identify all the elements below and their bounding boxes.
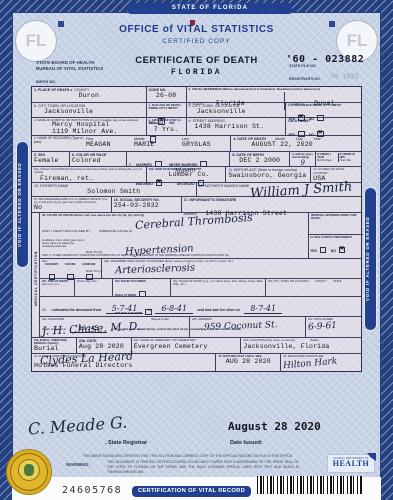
field-interval-onset-death: INTERVAL BETWEEN ONSET AND DEATH 19. WAS…	[309, 213, 361, 258]
field-death-inside-city-limits: c. IS PLACE OF DEATH INSIDE CITY LIMITS?…	[147, 103, 187, 117]
medical-certification-label: MEDICAL CERTIFICATION	[34, 221, 38, 336]
lb-part1: PART I. DEATH WAS CAUSED BY:	[42, 229, 91, 233]
row-accident: 20a. ACCIDENT SUICIDE HOMICIDE 20b. DESC…	[40, 259, 361, 279]
val-residence-city: Jacksonville	[197, 108, 284, 115]
field-usual-residence: 2. USUAL RESIDENCE (Where deceased lived…	[187, 87, 361, 102]
lb-deg: (Degree or title)	[151, 318, 169, 321]
lb-n20b: 20b. DESCRIBE HOW INJURY OCCURRED (Enter…	[104, 260, 359, 264]
val-armed-forces: No	[34, 204, 109, 211]
lb-county2: COUNTY	[315, 280, 326, 283]
certification-banner: CERTIFICATION OF VITAL RECORD	[131, 485, 252, 498]
void-strip-right: VOID IF ALTERED OR ERASED	[365, 188, 376, 330]
row-attended: 21. I attended the deceased from 5-7-41 …	[40, 297, 361, 317]
field-father-name: 13. FATHER'S NAME Solomon Smith	[32, 183, 197, 196]
state-banner: STATE OF FLORIDA	[128, 3, 292, 14]
date-issued-label: Date Issued:	[230, 440, 263, 446]
row-sex-race-marital: 5. SEX Female 6. COLOR OR RACE Colored 7…	[32, 152, 361, 167]
lb-n3: 3. NAME OF DECEASED (Type or print)	[34, 137, 86, 150]
val-business-hand: Mason	[174, 166, 195, 174]
field-residence-inside-city-limits: e. IS RESIDENCE INSIDE CITY LIMITS? YES …	[286, 103, 361, 117]
field-local-registrar-signature: 26. REGISTRAR'S SIGNATURE Hilton Hark	[281, 354, 361, 371]
state-file-number: '60 - 023882	[286, 54, 364, 65]
field-cause-of-death: 18. CAUSE OF DEATH (Enter only one cause…	[40, 213, 309, 258]
checkbox-autopsy-yes	[320, 247, 327, 254]
field-business-industry: 10b. KIND OF BUSINESS OR INDUSTRY Mason …	[147, 167, 227, 182]
lb-min: Min.	[347, 159, 352, 162]
lb-n1c: c. IS PLACE OF DEATH INSIDE CITY LIMITS?	[149, 104, 184, 111]
lb-state2: STATE	[333, 280, 341, 283]
death-certificate-document: STATE OF FLORIDA FL FL OFFICE of VITAL S…	[0, 0, 393, 500]
lb-n12: 12. CITIZEN OF WHAT COUNTRY	[313, 168, 359, 175]
row-armed-ssn-informant: 15. WAS DECEASED EVER IN U.S. ARMED FORC…	[32, 197, 361, 213]
row-injury-details: 20c. TIME OF INJURY Hour a.m. p.m. Month…	[40, 279, 361, 297]
lb-n21: 21.	[42, 308, 47, 312]
lb-to: to	[148, 308, 151, 312]
lb-suicide: SUICIDE	[61, 263, 80, 266]
row-physician: 22a. SIGNATURE J. H. Chase, M. D. (Degre…	[40, 317, 361, 337]
val-street-address: 1438 Harrison St.	[195, 123, 284, 130]
lb-n20e: 20e. PLACE OF INJURY (e.g., in or about …	[173, 280, 263, 286]
field-residence-city: c. CITY, TOWN, OR LOCATION Jacksonville	[187, 103, 287, 117]
val-length-of-stay: 7 Yrs.	[149, 126, 184, 133]
lb-n1: 1. PLACE OF DEATH	[34, 88, 69, 92]
field-time-of-injury: 20c. TIME OF INJURY Hour a.m. p.m.	[40, 279, 75, 296]
certified-copy-label: CERTIFIED COPY	[0, 38, 393, 45]
field-under-one-year: IF UNDER 1 YEAR Months Days IF UNDER 24 …	[316, 152, 361, 166]
lb-accident: ACCIDENT	[42, 263, 61, 266]
field-age: 9. AGE (In years last birthday) 9	[290, 152, 316, 166]
val-first-name: MEAGAN	[86, 141, 134, 148]
field-hospital: d. NAME OF HOSPITAL OR INSTITUTION (If n…	[32, 118, 147, 135]
field-cemetery: 23c. NAME OF CEMETERY OR CREMATORY Everg…	[132, 338, 242, 353]
field-physician-signature: 22a. SIGNATURE J. H. Chase, M. D. (Degre…	[40, 317, 190, 337]
birth-no-label: BIRTH NO.	[36, 79, 56, 84]
field-describe-injury: 20b. DESCRIBE HOW INJURY OCCURRED (Enter…	[102, 259, 361, 278]
val-date-received: AUG 28 2020	[218, 358, 278, 365]
field-on-a-farm: ON A FARM? YES NO	[286, 118, 361, 135]
field-physician-address: 22b. ADDRESS 959 Coconut St.	[190, 317, 306, 337]
medical-certification-band: MEDICAL CERTIFICATION 18. CAUSE OF DEATH…	[32, 213, 361, 338]
val-birthplace: Swainsboro, Georgia	[228, 172, 308, 179]
val-last-name: GRYGLAS	[182, 141, 228, 148]
row-occupation-birthplace: 10a. USUAL OCCUPATION (Give kind of work…	[32, 167, 361, 183]
health-department-logo: FLORIDA DEPARTMENT OF HEALTH	[328, 455, 374, 472]
field-street-address: d. STREET ADDRESS 1438 Harrison St.	[187, 118, 287, 135]
field-county-of-death: 1. PLACE OF DEATH a. COUNTY Duron	[32, 87, 147, 102]
row-cause-of-death: 18. CAUSE OF DEATH (Enter only one cause…	[40, 213, 361, 259]
val-cemetery-location: Jacksonville, Florida	[243, 343, 359, 350]
field-ssn: 16. SOCIAL SECURITY NO. 254-03-2032	[112, 197, 182, 212]
attended-to: 6-8-41	[155, 304, 193, 314]
val-sex: Female	[34, 157, 67, 164]
void-strip-left: VOID IF ALTERED OR ERASED	[17, 142, 28, 267]
field-code-no: CODE NO. 26-08	[147, 87, 187, 102]
date-signed: 6-9-61	[308, 320, 360, 334]
date-issued-value: August 28 2020	[228, 420, 321, 433]
warning-text: THIS DOCUMENT IS PRINTED OR PHOTOCOPIED …	[107, 460, 299, 475]
lb-n23d: 23d. LOCATION (City, town, or county)	[243, 338, 295, 342]
death-certificate-form: 1. PLACE OF DEATH a. COUNTY Duron CODE N…	[31, 86, 362, 372]
warning-label: WARNING:	[66, 462, 90, 467]
val-city-of-death: Jacksonville	[44, 108, 144, 115]
val-color-race: Colored	[72, 157, 124, 164]
void-text-left: VOID IF ALTERED OR ERASED	[17, 142, 28, 267]
lb-part2: PART II. OTHER SIGNIFICANT CONDITIONS CO…	[42, 254, 242, 257]
lb-st: (State)	[310, 338, 319, 342]
field-funeral-director: 24. FUNERAL DIRECTOR'S SIGNATURE Clydes …	[32, 354, 216, 371]
val-date-of-birth: DEC 2 2000	[232, 157, 287, 164]
physician-address: 959 Coconut St.	[204, 320, 303, 333]
field-armed-forces: 15. WAS DECEASED EVER IN U.S. ARMED FORC…	[32, 197, 112, 212]
field-color-race: 6. COLOR OR RACE Colored	[70, 152, 127, 166]
checkbox-autopsy-no	[339, 247, 346, 254]
field-accident-suicide-homicide: 20a. ACCIDENT SUICIDE HOMICIDE	[40, 259, 102, 278]
field-cemetery-location: 23d. LOCATION (City, town, or county) (S…	[241, 338, 361, 353]
office-title: OFFICE of VITAL STATISTICS	[0, 24, 393, 35]
barcode	[257, 476, 363, 494]
field-occupation: 10a. USUAL OCCUPATION (Give kind of work…	[32, 167, 147, 182]
lb-att2: and last saw her alive on	[198, 308, 240, 312]
field-marital-status: 7. MARRIED NEVER MARRIED WIDOWED DIVORCE…	[127, 152, 231, 166]
state-registrar-label: , State Registrar	[105, 440, 147, 446]
registrar-no-value: 59 1933	[331, 73, 358, 80]
row-hospital-street: d. NAME OF HOSPITAL OR INSTITUTION (If n…	[32, 118, 361, 136]
lb-imm: IMMEDIATE CAUSE (a)	[99, 229, 132, 233]
val-date-of-death: AUGUST 22, 2020	[251, 141, 359, 148]
val-county-of-death: Duron	[34, 92, 144, 99]
lb-mdy: Month, Day, Year	[77, 280, 110, 283]
field-place-of-injury: 20e. PLACE OF INJURY (e.g., in or about …	[171, 279, 266, 296]
lb-n20f: 20f. CITY, TOWN, OR LOCATION	[268, 280, 308, 283]
lb-no4: NO	[331, 249, 336, 253]
lb-months: Months	[317, 159, 325, 162]
void-text-right: VOID IF ALTERED OR ERASED	[365, 188, 376, 330]
certify-statement: THE ABOVE SIGNATURE CERTIFIES THAT THIS …	[72, 454, 304, 459]
great-seal-of-florida	[7, 450, 51, 494]
field-autopsy: 19. WAS AUTOPSY PERFORMED? YES NO	[309, 234, 363, 258]
row-funeral-director: 24. FUNERAL DIRECTOR'S SIGNATURE Clydes …	[32, 354, 361, 371]
field-sex: 5. SEX Female	[32, 152, 70, 166]
lb-n1e: e. LENGTH OF STAY (in this place)	[149, 119, 184, 126]
field-name-of-deceased: 3. NAME OF DECEASED (Type or print) Firs…	[32, 136, 231, 151]
field-injury-date: Month, Day, Year	[75, 279, 113, 296]
lb-hours: Hours	[340, 159, 347, 162]
row-name-dod: 3. NAME OF DECEASED (Type or print) Firs…	[32, 136, 361, 152]
medical-certification-content: 18. CAUSE OF DEATH (Enter only one cause…	[40, 213, 361, 337]
field-length-of-stay: e. LENGTH OF STAY (in this place) 7 Yrs.	[147, 118, 187, 135]
lb-hour: Hour	[42, 283, 48, 286]
row-place-residence: 1. PLACE OF DEATH a. COUNTY Duron CODE N…	[32, 87, 361, 103]
field-birthplace: 11. BIRTHPLACE (State or foreign country…	[226, 167, 311, 182]
field-attended-statement: 21. I attended the deceased from 5-7-41 …	[40, 297, 361, 316]
lb-att1: I attended the deceased from	[51, 308, 101, 312]
lb-ampm: a.m. p.m.	[48, 283, 59, 286]
field-date-signed: 22c. DATE SIGNED 6-9-61	[306, 317, 361, 337]
field-injury-occurred: 20d. INJURY OCCURRED WHILE AT WORK NOT W…	[113, 279, 171, 296]
row-city: b. CITY, TOWN, OR LOCATION Jacksonville …	[32, 103, 361, 118]
lb-interval: INTERVAL BETWEEN ONSET AND DEATH	[311, 214, 359, 221]
lb-homicide: HOMICIDE	[80, 263, 99, 266]
last-alive-date: 8-7-41	[244, 304, 282, 314]
lb-year: Year	[313, 137, 320, 141]
registrar-no-label: REGISTRAR'S NO.	[289, 77, 321, 81]
val-ssn: 254-03-2032	[114, 202, 179, 209]
lb-days: Days	[326, 159, 332, 162]
health-logo-text: HEALTH	[328, 460, 374, 468]
val-father-name: Solomon Smith	[34, 188, 194, 195]
val-burial: Burial	[34, 345, 74, 352]
lb-yes4: YES	[310, 249, 317, 253]
seal-center-art	[24, 464, 34, 476]
medical-certification-strip: MEDICAL CERTIFICATION	[32, 213, 40, 337]
val-middle-name: MARIE	[134, 141, 182, 148]
field-date-of-death: 4. DATE OF DEATH Month Day Year AUGUST 2…	[231, 136, 361, 151]
val-occupation: Fireman, ret.	[40, 175, 144, 182]
field-injury-city: 20f. CITY, TOWN, OR LOCATION COUNTY STAT…	[266, 279, 361, 296]
serial-number: 24605768	[62, 485, 122, 496]
field-date-received: 25. DATE REC'D BY LOCAL REG. AUG 28 2020	[216, 354, 281, 371]
field-burial: 23a. BURIAL, CREMATION, REMOVAL (Specify…	[32, 338, 77, 353]
lb-n10a: 10a. USUAL OCCUPATION (Give kind of work…	[34, 168, 144, 175]
attended-from: 5-7-41	[106, 304, 144, 314]
field-date-of-birth: 8. DATE OF BIRTH DEC 2 2000	[230, 152, 290, 166]
val-code-no: 26-08	[149, 92, 184, 99]
field-city-of-death: b. CITY, TOWN, OR LOCATION Jacksonville	[32, 103, 147, 117]
val-cemetery: Evergreen Cemetery	[134, 343, 239, 350]
val-hospital-address: 1119 Milnor Ave.	[52, 128, 118, 135]
